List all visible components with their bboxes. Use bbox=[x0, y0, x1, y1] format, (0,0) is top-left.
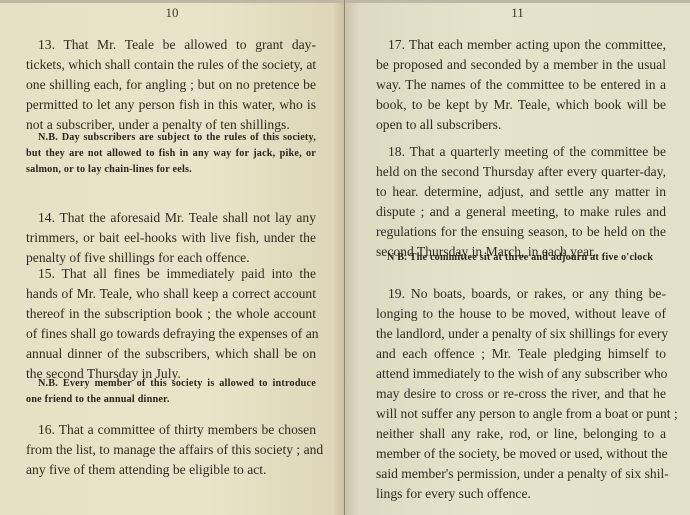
text-line: 18. That a quarterly meeting of the comm… bbox=[376, 142, 666, 162]
text-line: the landlord, under a penalty of six shi… bbox=[376, 324, 666, 344]
text-line: way. The names of the committee to be en… bbox=[376, 75, 666, 95]
book-spread: 10 13. That Mr. Teale be allowed to gran… bbox=[0, 0, 690, 515]
text-line: member of the society, be moved or used,… bbox=[376, 444, 666, 464]
text-line: tickets, which shall contain the rules o… bbox=[26, 55, 316, 75]
rule-13: 13. That Mr. Teale be allowed to grant d… bbox=[26, 35, 316, 135]
text-line: open to all subscribers. bbox=[376, 115, 666, 135]
text-line: said member's permission, under a penalt… bbox=[376, 464, 666, 484]
text-line: hands of Mr. Teale, who shall keep a cor… bbox=[26, 284, 316, 304]
text-line: 17. That each member acting upon the com… bbox=[376, 35, 666, 55]
right-page: 11 17. That each member acting upon the … bbox=[345, 0, 690, 515]
rule-14: 14. That the aforesaid Mr. Teale shall n… bbox=[26, 208, 316, 268]
text-line: from the list, to manage the affairs of … bbox=[26, 440, 316, 460]
text-line: 16. That a committee of thirty members b… bbox=[26, 420, 316, 440]
text-line: 15. That all fines be immediately paid i… bbox=[26, 264, 316, 284]
text-line: N.B. Every member of this society is all… bbox=[26, 376, 316, 392]
text-line: permitted to let any person fish in this… bbox=[26, 95, 316, 115]
note-committee-hours: N B. The committee sit at three and adjo… bbox=[387, 250, 667, 266]
page-top-edge bbox=[345, 0, 690, 3]
text-line: longing to the house to be moved, withou… bbox=[376, 304, 666, 324]
text-line: may desire to cross or re-cross the rive… bbox=[376, 384, 666, 404]
text-line: 13. That Mr. Teale be allowed to grant d… bbox=[26, 35, 316, 55]
text-line: one shilling each, for angling ; but on … bbox=[26, 75, 316, 95]
text-line: will not suffer any person to angle from… bbox=[376, 404, 666, 424]
page-number: 10 bbox=[0, 5, 344, 21]
text-line: regulations for the ensuing season, to b… bbox=[376, 222, 666, 242]
note-day-subscribers: N.B. Day subscribers are subject to the … bbox=[26, 130, 316, 178]
text-line: one friend to the annual dinner. bbox=[26, 392, 316, 408]
left-page: 10 13. That Mr. Teale be allowed to gran… bbox=[0, 0, 345, 515]
text-line: trimmers, or bait eel-hooks with live fi… bbox=[26, 228, 316, 248]
text-line: but they are not allowed to fish in any … bbox=[26, 146, 316, 162]
text-line: lings for every such offence. bbox=[376, 484, 666, 504]
text-line: any five of them attending be eligible t… bbox=[26, 460, 316, 480]
text-line: N.B. Day subscribers are subject to the … bbox=[26, 130, 316, 146]
text-line: held on the second Thursday after every … bbox=[376, 162, 666, 182]
text-line: 14. That the aforesaid Mr. Teale shall n… bbox=[26, 208, 316, 228]
text-line: be proposed and seconded by a member in … bbox=[376, 55, 666, 75]
text-line: book, to be kept by Mr. Teale, which boo… bbox=[376, 95, 666, 115]
text-line: annual dinner of the subscribers, which … bbox=[26, 344, 316, 364]
rule-19: 19. No boats, boards, or rakes, or any t… bbox=[376, 284, 666, 504]
text-line: neither shall any rake, rod, or line, be… bbox=[376, 424, 666, 444]
text-line: of fines shall go towards defraying the … bbox=[26, 324, 316, 344]
rule-17: 17. That each member acting upon the com… bbox=[376, 35, 666, 135]
text-line: N B. The committee sit at three and adjo… bbox=[387, 250, 667, 266]
rule-18: 18. That a quarterly meeting of the comm… bbox=[376, 142, 666, 262]
rule-16: 16. That a committee of thirty members b… bbox=[26, 420, 316, 480]
text-line: thereof in the subscription book ; the w… bbox=[26, 304, 316, 324]
text-line: and each offence ; Mr. Teale pledging hi… bbox=[376, 344, 666, 364]
page-top-edge bbox=[0, 0, 344, 3]
text-line: attend immediately to the wish of any su… bbox=[376, 364, 666, 384]
note-annual-dinner: N.B. Every member of this society is all… bbox=[26, 376, 316, 408]
text-line: salmon, or to lay chain-lines for eels. bbox=[26, 162, 316, 178]
rule-15: 15. That all fines be immediately paid i… bbox=[26, 264, 316, 384]
text-line: 19. No boats, boards, or rakes, or any t… bbox=[376, 284, 666, 304]
page-number: 11 bbox=[345, 5, 690, 21]
text-line: to hear. determine, adjust, and settle a… bbox=[376, 182, 666, 202]
text-line: dispute ; and a general meeting, to make… bbox=[376, 202, 666, 222]
